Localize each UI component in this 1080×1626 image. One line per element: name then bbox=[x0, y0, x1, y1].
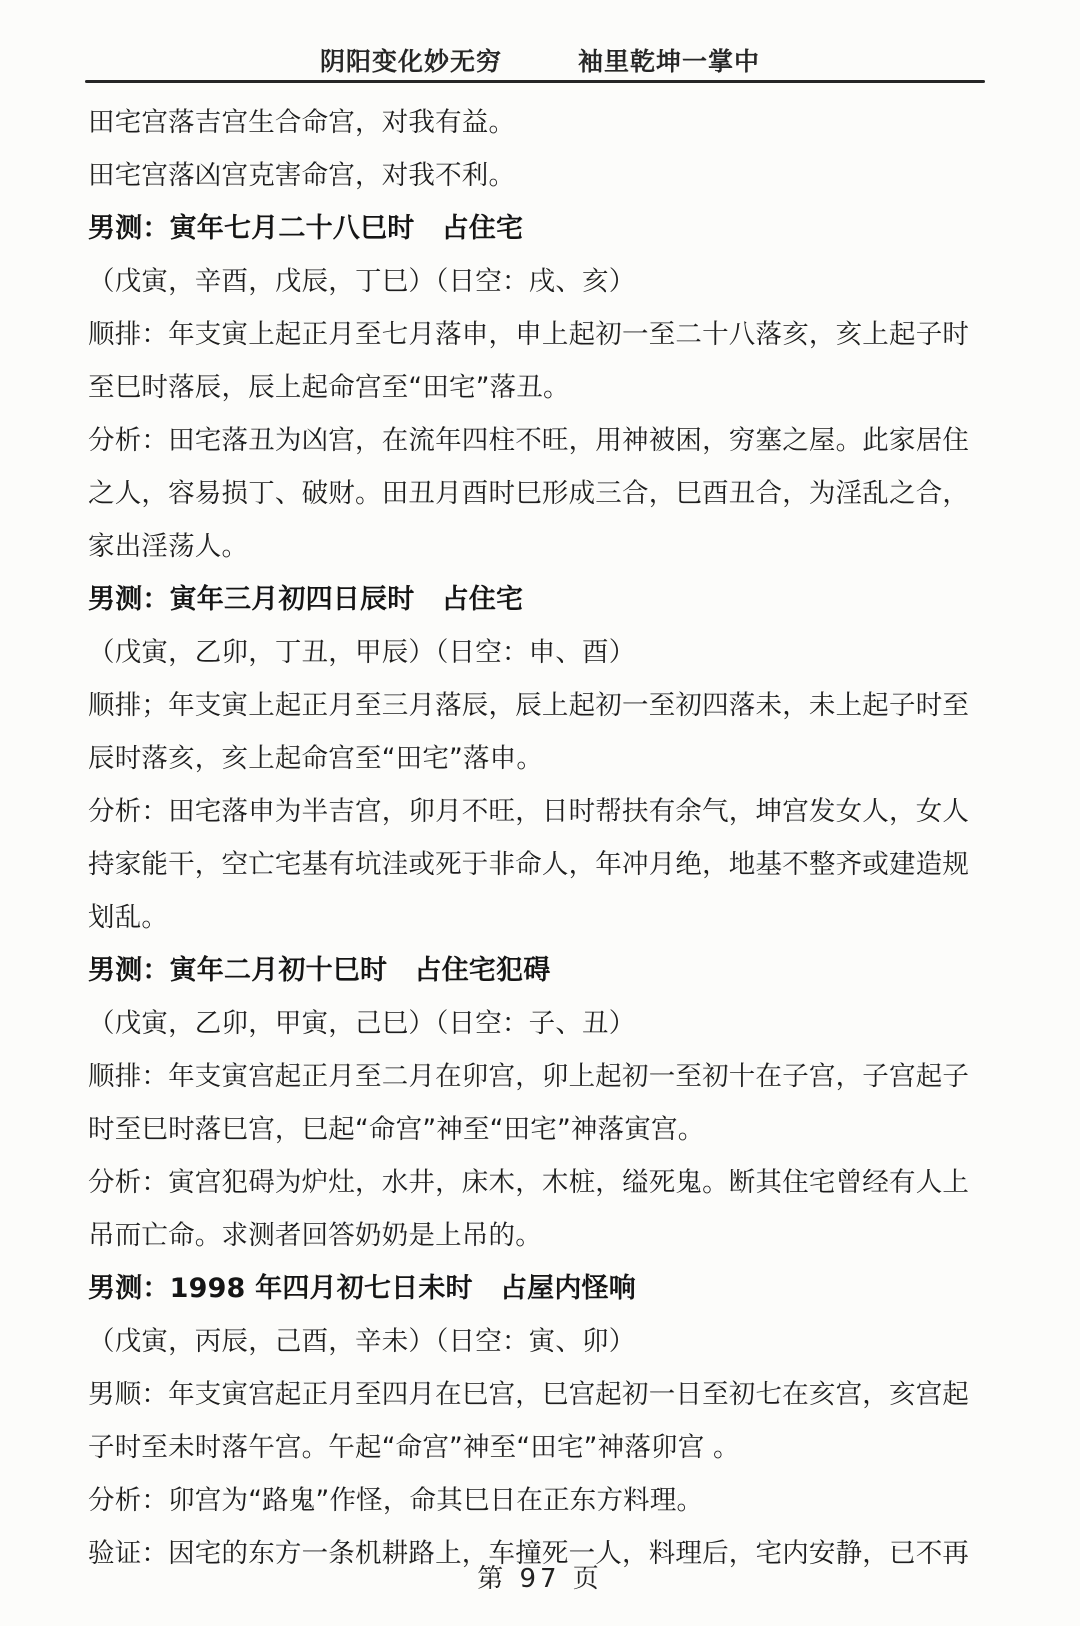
body-line: 分析：寅宫犯碍为炉灶，水井，床木，木桩，缢死鬼。断其住宅曾经有人上 bbox=[88, 1156, 998, 1209]
header-right-title: 袖里乾坤一掌中 bbox=[578, 42, 760, 78]
body-line: 顺排：年支寅宫起正月至二月在卯宫，卯上起初一至初十在子宫，子宫起子 bbox=[88, 1050, 998, 1103]
body-line: 吊而亡命。求测者回答奶奶是上吊的。 bbox=[88, 1209, 998, 1262]
body-line: 顺排；年支寅上起正月至三月落辰，辰上起初一至初四落未，未上起子时至 bbox=[88, 679, 998, 732]
section-heading: 男测：寅年三月初四日辰时 占住宅 bbox=[88, 573, 998, 626]
body-line: 顺排：年支寅上起正月至七月落申，申上起初一至二十八落亥，亥上起子时 bbox=[88, 308, 998, 361]
page-number-label: 第 97 页 bbox=[477, 1564, 603, 1594]
scanned-book-page: 阴阳变化妙无穷 袖里乾坤一掌中 田宅宫落吉宫生合命宫，对我有益。田宅宫落凶宫克害… bbox=[0, 0, 1080, 1626]
page-number: 第 97 页 bbox=[0, 1558, 1080, 1595]
body-line: （戊寅，乙卯，甲寅，己巳）（日空：子、丑） bbox=[88, 997, 998, 1050]
body-line: 分析：田宅落申为半吉宫，卯月不旺，日时帮扶有余气，坤宫发女人，女人 bbox=[88, 785, 998, 838]
body-line: （戊寅，丙辰，己酉，辛未）（日空：寅、卯） bbox=[88, 1315, 998, 1368]
body-line: 田宅宫落吉宫生合命宫，对我有益。 bbox=[88, 96, 998, 149]
body-line: 分析：卯宫为“路鬼”作怪，命其巳日在正东方料理。 bbox=[88, 1474, 998, 1527]
body-line: 时至巳时落巳宫，巳起“命宫”神至“田宅”神落寅宫。 bbox=[88, 1103, 998, 1156]
body-line: 家出淫荡人。 bbox=[88, 520, 998, 573]
body-line: 持家能干，空亡宅基有坑洼或死于非命人，年冲月绝，地基不整齐或建造规 bbox=[88, 838, 998, 891]
body-line: 田宅宫落凶宫克害命宫，对我不利。 bbox=[88, 149, 998, 202]
header-rule bbox=[85, 80, 985, 83]
body-line: （戊寅，乙卯，丁丑，甲辰）（日空：申、酉） bbox=[88, 626, 998, 679]
body-line: 划乱。 bbox=[88, 891, 998, 944]
body-line: 男顺：年支寅宫起正月至四月在巳宫，巳宫起初一日至初七在亥宫，亥宫起 bbox=[88, 1368, 998, 1421]
body-text: 田宅宫落吉宫生合命宫，对我有益。田宅宫落凶宫克害命宫，对我不利。男测：寅年七月二… bbox=[88, 96, 998, 1580]
body-line: 至巳时落辰，辰上起命宫至“田宅”落丑。 bbox=[88, 361, 998, 414]
body-line: 辰时落亥，亥上起命宫至“田宅”落申。 bbox=[88, 732, 998, 785]
section-heading: 男测：寅年二月初十巳时 占住宅犯碍 bbox=[88, 944, 998, 997]
running-header: 阴阳变化妙无穷 袖里乾坤一掌中 bbox=[0, 42, 1080, 78]
body-line: 之人，容易损丁、破财。田丑月酉时巳形成三合，巳酉丑合，为淫乱之合， bbox=[88, 467, 998, 520]
section-heading: 男测：寅年七月二十八巳时 占住宅 bbox=[88, 202, 998, 255]
header-left-title: 阴阳变化妙无穷 bbox=[320, 42, 502, 78]
body-line: （戊寅，辛酉，戊辰，丁巳）（日空：戌、亥） bbox=[88, 255, 998, 308]
section-heading: 男测：1998 年四月初七日未时 占屋内怪响 bbox=[88, 1262, 998, 1315]
body-line: 分析：田宅落丑为凶宫，在流年四柱不旺，用神被困，穷塞之屋。此家居住 bbox=[88, 414, 998, 467]
body-line: 子时至未时落午宫。午起“命宫”神至“田宅”神落卯宫 。 bbox=[88, 1421, 998, 1474]
